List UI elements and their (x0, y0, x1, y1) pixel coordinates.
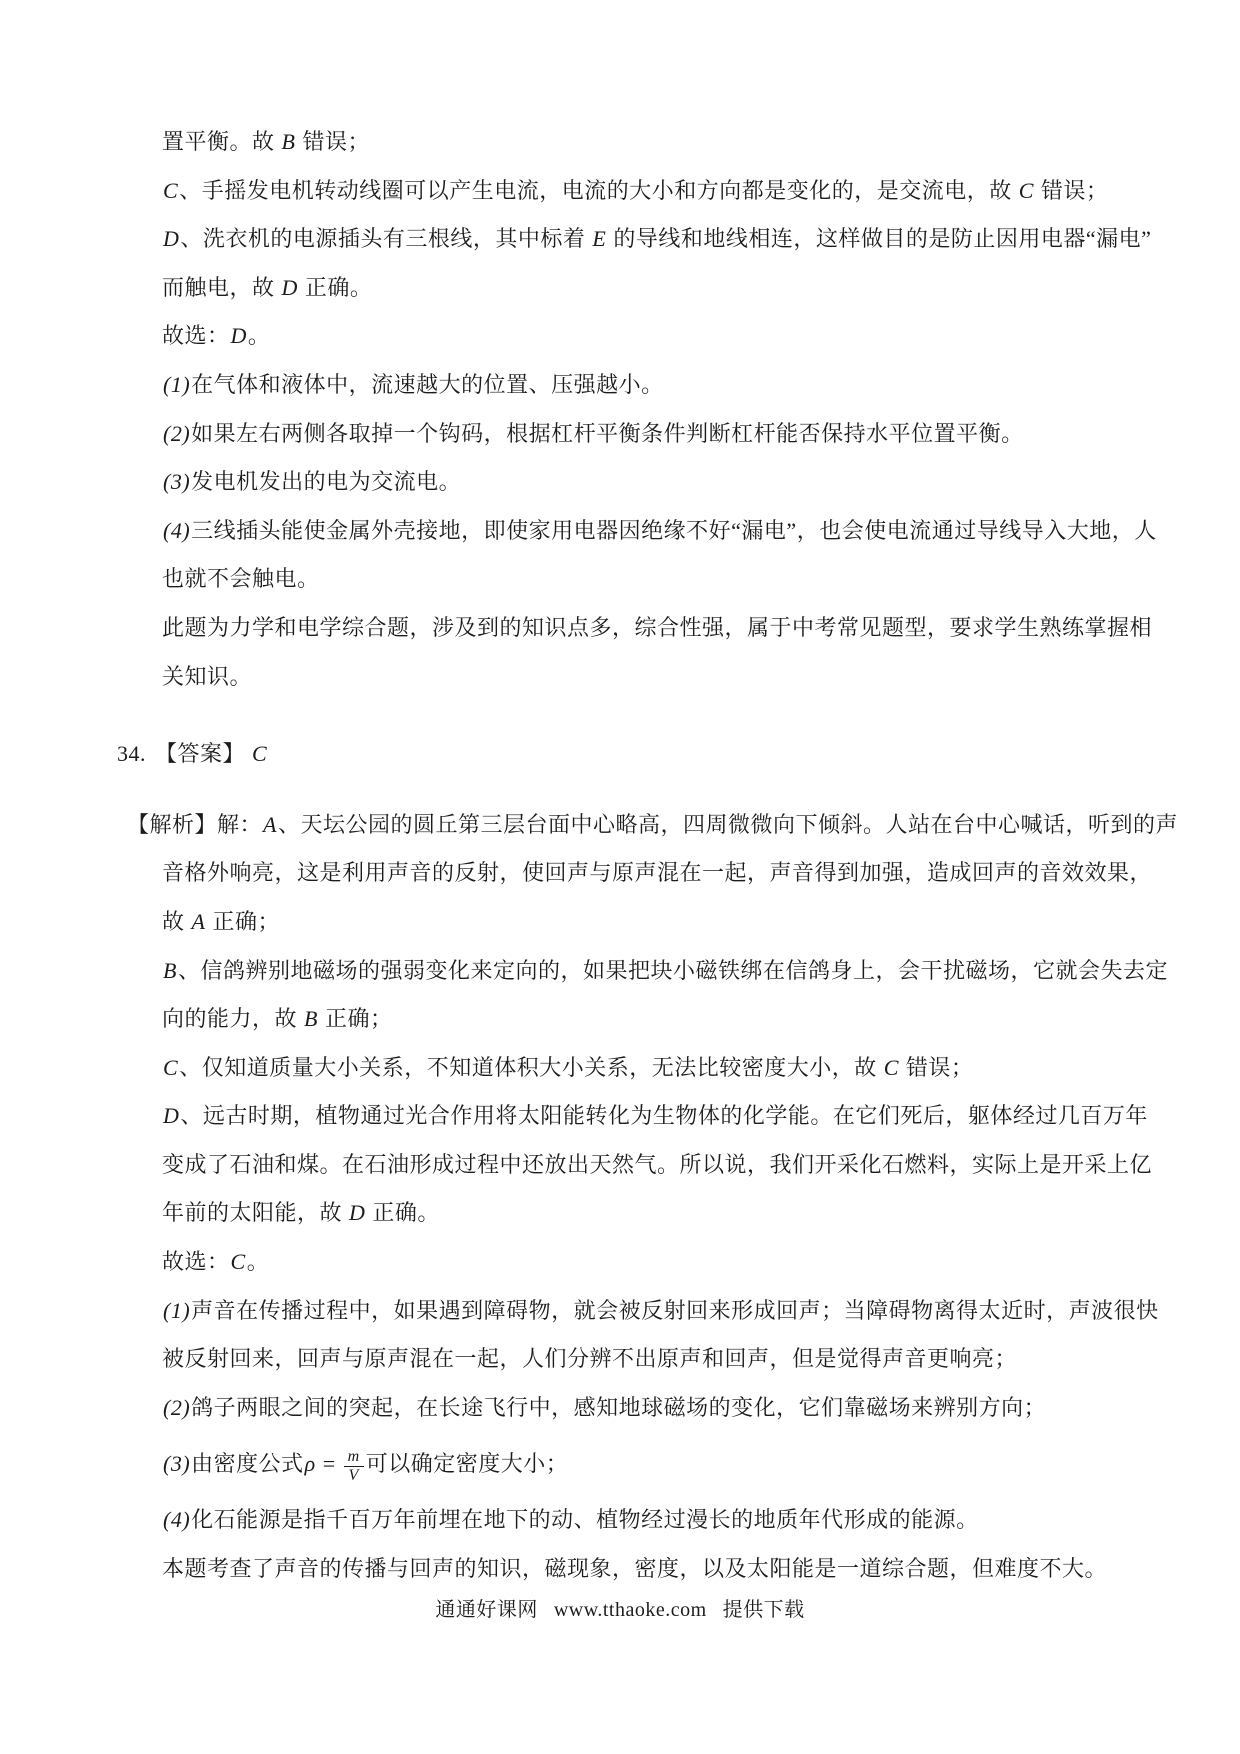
text-line: 向的能力，故 B 正确； (162, 995, 1240, 1044)
math-variable: ρ (304, 1451, 317, 1476)
text-line: 本题考查了声音的传播与回声的知识，磁现象，密度，以及太阳能是一道综合题，但难度不… (162, 1545, 1240, 1594)
text-line: 而触电，故 D 正确。 (162, 264, 1240, 313)
math-variable: B (281, 129, 297, 154)
text-line: D、远古时期，植物通过光合作用将太阳能转化为生物体的化学能。在它们死后，躯体经过… (162, 1092, 1240, 1141)
text-line: 故选：D。 (162, 312, 1240, 361)
text-line: D、洗衣机的电源插头有三根线，其中标着 E 的导线和地线相连，这样做目的是防止因… (162, 215, 1240, 264)
math-variable: (3) (162, 1451, 191, 1476)
math-variable: A (191, 909, 207, 934)
math-variable: D (162, 226, 180, 251)
text-line: 置平衡。故 B 错误； (162, 118, 1240, 167)
text-line: (2)鸽子两眼之间的突起，在长途飞行中，感知地球磁场的变化，它们靠磁场来辨别方向… (162, 1384, 1240, 1433)
math-variable: C (230, 1249, 247, 1274)
math-variable: (1) (162, 372, 191, 397)
text-line: 年前的太阳能，故 D 正确。 (162, 1189, 1240, 1238)
answer-value: C (251, 741, 268, 766)
math-variable: (2) (162, 421, 191, 446)
document-page: 置平衡。故 B 错误；C、手摇发电机转动线圈可以产生电流，电流的大小和方向都是变… (0, 0, 1240, 1754)
math-variable: (1) (162, 1298, 191, 1323)
text-line: (1)声音在传播过程中，如果遇到障碍物，就会被反射回来形成回声；当障碍物离得太近… (162, 1287, 1240, 1336)
math-variable: C (1018, 178, 1035, 203)
text-line: (3)发电机发出的电为交流电。 (162, 458, 1240, 507)
text-line: C、手摇发电机转动线圈可以产生电流，电流的大小和方向都是变化的，是交流电，故 C… (162, 167, 1240, 216)
text-line: (1)在气体和液体中，流速越大的位置、压强越小。 (162, 361, 1240, 410)
math-variable: C (162, 178, 179, 203)
text-line: 变成了石油和煤。在石油形成过程中还放出天然气。所以说，我们开采化石燃料，实际上是… (162, 1141, 1240, 1190)
math-variable: B (162, 958, 178, 983)
math-variable: C (883, 1055, 900, 1080)
question-number: 34. (117, 730, 155, 779)
text-line: 音格外响亮，这是利用声音的反射，使回声与原声混在一起，声音得到加强，造成回声的音… (162, 849, 1240, 898)
math-variable: (2) (162, 1395, 191, 1420)
math-variable: E (591, 226, 607, 251)
text-line: (4)化石能源是指千百万年前埋在地下的动、植物经过漫长的地质年代形成的能源。 (162, 1496, 1240, 1545)
fraction: mV (344, 1448, 364, 1486)
footer-url: www.tthaoke.com (554, 1599, 707, 1621)
math-variable: D (281, 275, 299, 300)
text-line: (2)如果左右两侧各取掉一个钩码，根据杠杆平衡条件判断杠杆能否保持水平位置平衡。 (162, 410, 1240, 459)
text-line: (3)由密度公式ρ = mV可以确定密度大小； (162, 1432, 1240, 1496)
text-line: (4)三线插头能使金属外壳接地，即使家用电器因绝缘不好“漏电”，也会使电流通过导… (162, 507, 1240, 556)
answer-document: 置平衡。故 B 错误；C、手摇发电机转动线圈可以产生电流，电流的大小和方向都是变… (0, 118, 1240, 1594)
math-variable: B (303, 1006, 319, 1031)
analysis-first-line: 【解析】解：A、天坛公园的圆丘第三层台面中心略高，四周微微向下倾斜。人站在台中心… (127, 801, 1240, 850)
text-line: 被反射回来，回声与原声混在一起，人们分辨不出原声和回声，但是觉得声音更响亮； (162, 1335, 1240, 1384)
math-variable: C (162, 1055, 179, 1080)
math-variable: D (162, 1103, 180, 1128)
fraction-denominator: V (344, 1466, 364, 1485)
math-variable: (3) (162, 469, 191, 494)
footer-site-name: 通通好课网 (435, 1599, 538, 1621)
text-line: 也就不会触电。 (162, 555, 1240, 604)
answer-header: 34.【答案】C (117, 730, 1240, 779)
fraction-numerator: m (344, 1448, 364, 1466)
text-line: C、仅知道质量大小关系，不知道体积大小关系，无法比较密度大小，故 C 错误； (162, 1044, 1240, 1093)
text-line: 故 A 正确； (162, 898, 1240, 947)
text-line: B、信鸽辨别地磁场的强弱变化来定向的，如果把块小磁铁绑在信鸽身上，会干扰磁场，它… (162, 947, 1240, 996)
math-variable: A (262, 812, 278, 837)
text-line: 故选：C。 (162, 1238, 1240, 1287)
math-variable: (4) (162, 518, 191, 543)
math-variable: (4) (162, 1507, 191, 1532)
text-line: 此题为力学和电学综合题，涉及到的知识点多，综合性强，属于中考常见题型，要求学生熟… (162, 604, 1240, 653)
page-footer: 通通好课网www.tthaoke.com提供下载 (0, 1596, 1240, 1624)
footer-suffix: 提供下载 (723, 1599, 805, 1621)
math-variable: D (348, 1200, 366, 1225)
math-variable: D (230, 323, 248, 348)
answer-label: 【答案】 (155, 730, 245, 779)
text-line: 关知识。 (162, 653, 1240, 702)
